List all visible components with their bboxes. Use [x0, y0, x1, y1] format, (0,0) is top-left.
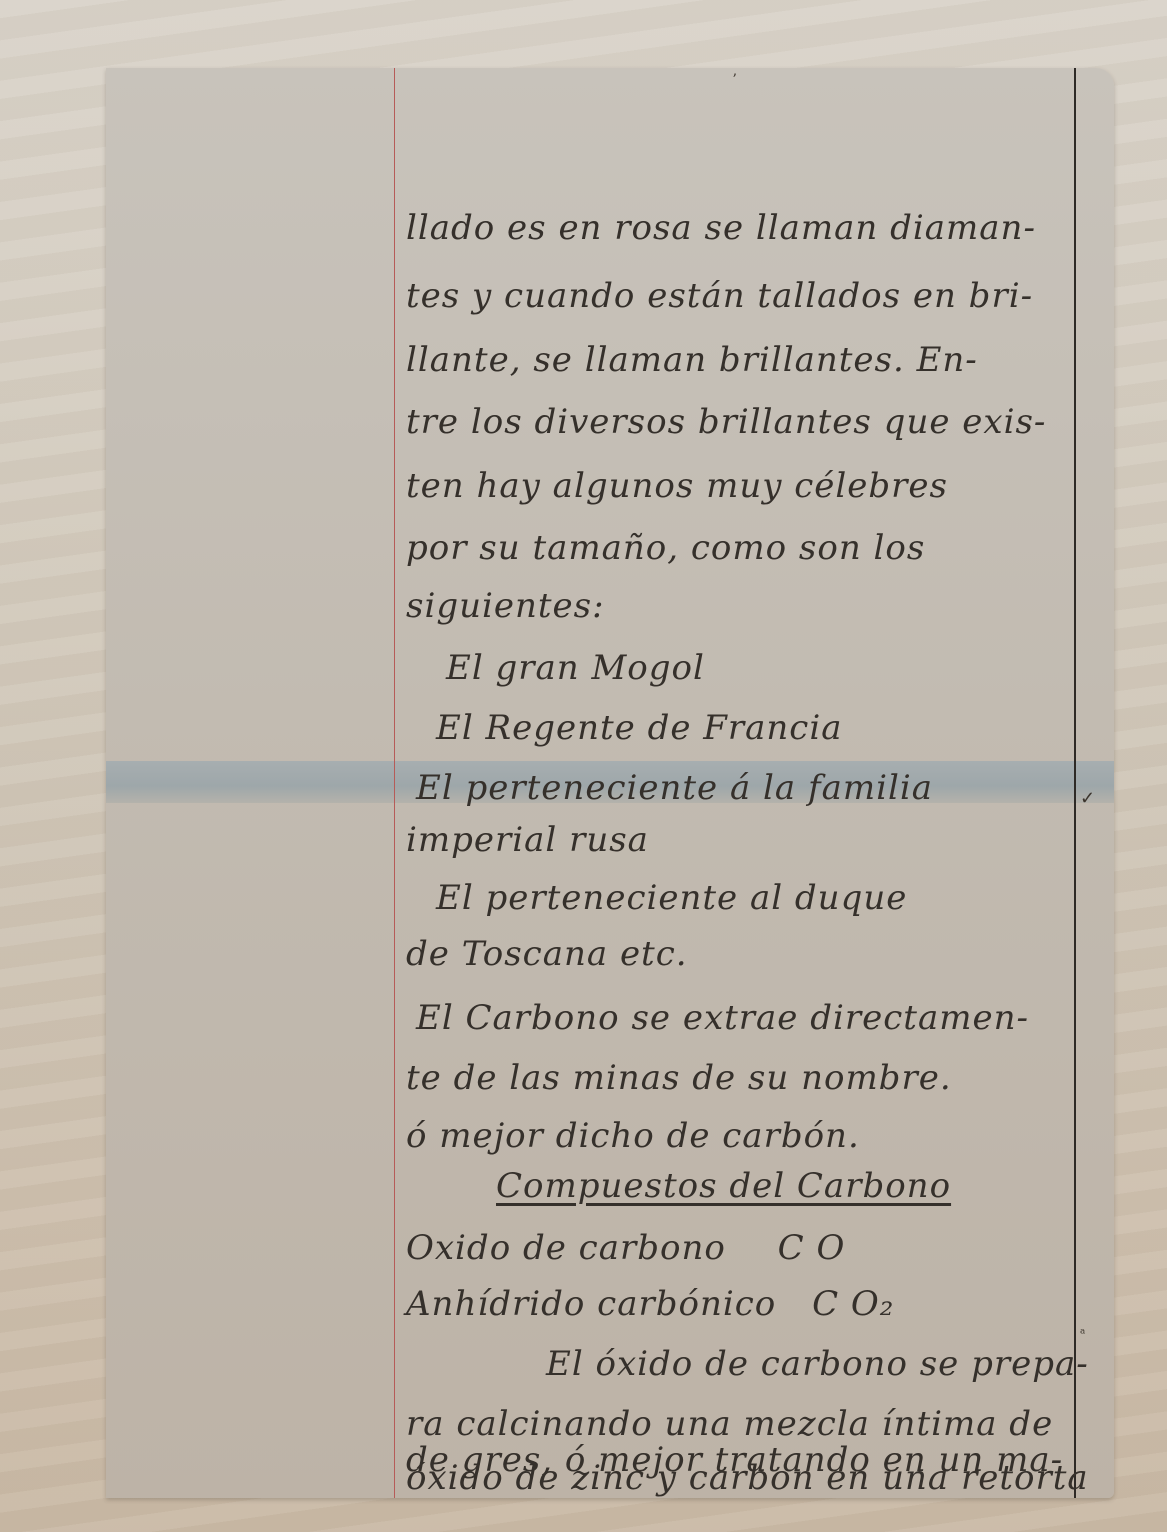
- compound-row-1: Oxido de carbono C O: [406, 1228, 845, 1268]
- text-line-7: siguientes:: [406, 586, 605, 626]
- compound-formula: C O: [778, 1228, 846, 1268]
- compound-name: Oxido de carbono: [406, 1228, 726, 1268]
- red-margin-line: [394, 68, 395, 1498]
- paragraph-line-2: ra calcinando una mezcla íntima de: [406, 1404, 1053, 1444]
- text-line-5: ten hay algunos muy célebres: [406, 466, 948, 506]
- ink-speck: ʼ: [732, 72, 736, 88]
- section-heading: Compuestos del Carbono: [496, 1166, 951, 1206]
- text-line-16: ó mejor dicho de carbón.: [406, 1116, 860, 1156]
- diamond-list-item-4: El perteneciente al duque: [436, 878, 907, 918]
- text-line-14: El Carbono se extrae directamen-: [416, 998, 1029, 1038]
- text-line-6: por su tamaño, como son los: [406, 528, 925, 568]
- margin-check-mark: ✓: [1080, 788, 1095, 809]
- paragraph-line-1: El óxido de carbono se prepa-: [546, 1344, 1089, 1384]
- text-line-2: tes y cuando están tallados en bri-: [406, 276, 1033, 316]
- text-line-1: llado es en rosa se llaman diaman-: [406, 208, 1036, 248]
- text-line-15: te de las minas de su nombre.: [406, 1058, 952, 1098]
- text-line-3: llante, se llaman brillantes. En-: [406, 340, 978, 380]
- notebook-page: ʼ ✓ ᵃ llado es en rosa se llaman diaman-…: [106, 68, 1114, 1498]
- diamond-list-item-4-cont: de Toscana etc.: [406, 934, 688, 974]
- diamond-list-item-3: El perteneciente á la familia: [416, 768, 933, 808]
- diamond-list-item-2: El Regente de Francia: [436, 708, 843, 748]
- text-line-4: tre los diversos brillantes que exis-: [406, 402, 1046, 442]
- margin-note-mark: ᵃ: [1080, 1326, 1085, 1342]
- paragraph-line-4: de gres, ó mejor tratando en un ma-: [406, 1440, 1063, 1480]
- diamond-list-item-3-cont: imperial rusa: [406, 820, 649, 860]
- diamond-list-item-1: El gran Mogol: [446, 648, 705, 688]
- right-margin-line: [1074, 68, 1076, 1498]
- compound-formula: C O₂: [812, 1284, 894, 1324]
- compound-row-2: Anhídrido carbónico C O₂: [406, 1284, 894, 1324]
- compound-name: Anhídrido carbónico: [406, 1284, 776, 1324]
